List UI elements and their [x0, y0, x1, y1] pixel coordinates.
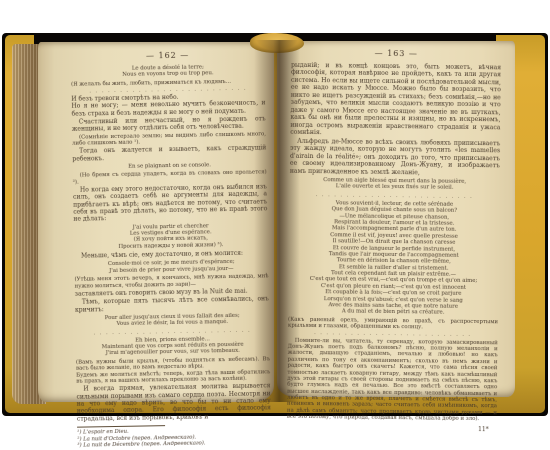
russian-translation: (Вамъ нужны были крылья, (чтобы поднятьс…	[76, 356, 270, 385]
dotted-ellipsis-line: . . . . . . . . . . . . . . . . . . . . …	[290, 192, 500, 201]
paragraph: Тѣмъ, которые пять тысячъ лѣтъ все сомнѣ…	[75, 296, 269, 314]
russian-translation: (Какъ раненый орелъ, умирающій во прахѣ,…	[288, 316, 498, 331]
footnote-separator	[77, 425, 165, 428]
french-verse: Console-moi ce soir, je me meurs d'espér…	[74, 259, 268, 275]
french-verse: Comme un aigle blessé qui meurt dans la …	[290, 177, 500, 192]
paragraph: Альфредъ де-Мюссе во всѣхъ своихъ любовя…	[290, 137, 500, 177]
signature-mark: 11*	[287, 423, 497, 433]
french-verse: Vous souvient-il, lecteur, de cette séré…	[288, 200, 499, 317]
paragraph: И безъ тревоги смотрѣть на небо. Но я не…	[71, 92, 265, 117]
paragraph: Тогда онъ жалуется и взываетъ, какъ стра…	[72, 145, 266, 163]
footnotes: ¹) L'espoir en Dieu. ²) La nuit d'Octobr…	[77, 426, 271, 450]
photograph-of-open-book: — 162 — Le doute a désolé la terre; Nous…	[0, 0, 550, 450]
french-verse: Pour aller jusqu'aux cieux il vous falla…	[75, 312, 269, 328]
page-number-right: — 163 —	[291, 48, 501, 60]
left-page-text: — 162 — Le doute a désolé la terre; Nous…	[71, 49, 272, 449]
paragraph: рыданій; и въ концѣ концовъ это, быть мо…	[290, 62, 501, 139]
french-verse: J'ai voulu partir et chercher Les vestig…	[74, 222, 268, 251]
paragraph: Но когда ему этого недостаточно, когда о…	[73, 183, 268, 223]
page-number-left: — 162 —	[71, 49, 265, 62]
russian-translation: Помните-ли вы, читатель, ту серенаду, ко…	[287, 337, 498, 422]
paragraph: И всегда прямая, увлекательная молитва в…	[76, 383, 271, 423]
french-verse: Eh bien, prions ensemble… Maintenant que…	[76, 335, 270, 358]
right-page-text: — 163 — рыданій; и въ концѣ концовъ это,…	[287, 48, 502, 433]
french-verse: Le doute a désolé la terre; Nous en voyo…	[71, 63, 265, 79]
